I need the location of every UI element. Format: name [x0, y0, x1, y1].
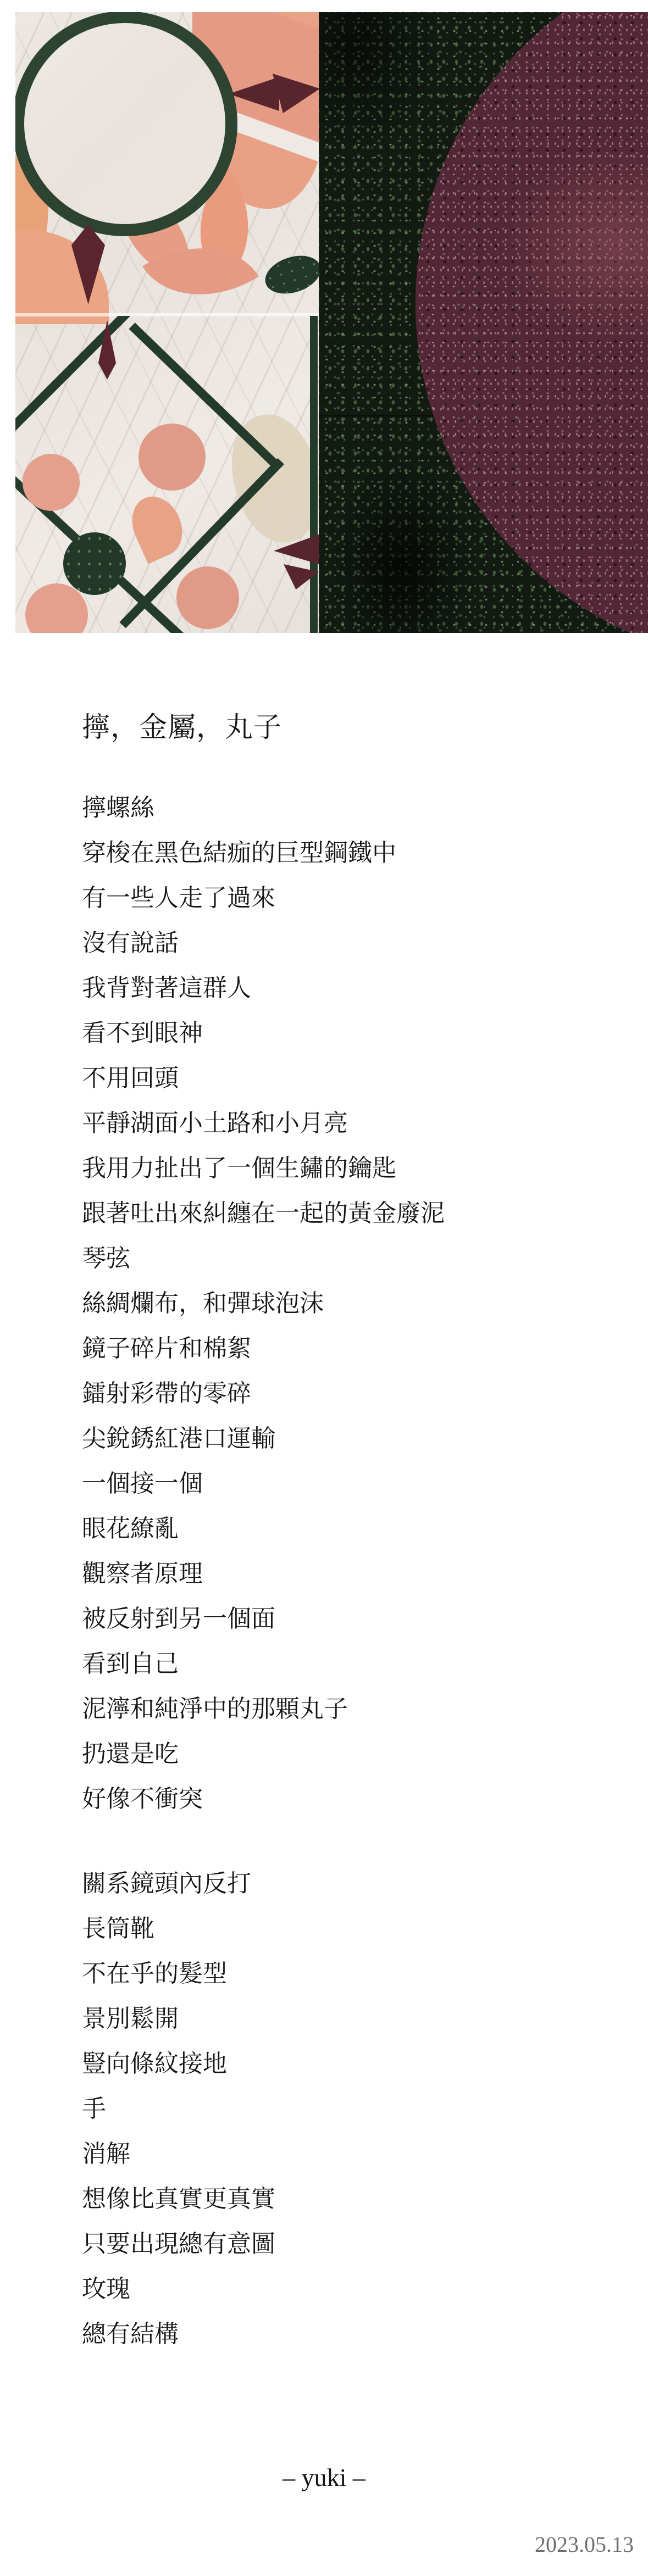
poem-line: 景別鬆開	[82, 1996, 275, 2041]
poem-line: 豎向條紋接地	[82, 2041, 275, 2087]
poem-line: 總有結構	[82, 2312, 275, 2357]
poem-line: 穿梭在黑色結痂的巨型鋼鐵中	[82, 831, 445, 876]
poem-line: 琴弦	[82, 1236, 445, 1281]
shadow-patch	[319, 12, 440, 155]
poem-line: 擰螺絲	[82, 786, 445, 831]
poem-line: 我背對著這群人	[82, 966, 445, 1011]
poem-line: 扔還是吃	[82, 1732, 445, 1777]
green-leaf-inlay	[261, 249, 319, 300]
poem-line: 一個接一個	[82, 1461, 445, 1506]
poem-line: 泥濘和純淨中的那顆丸子	[82, 1687, 445, 1732]
salmon-disc-inlay	[139, 424, 206, 491]
poem-line: 有一些人走了過來	[82, 876, 445, 921]
poem-stanza-1: 擰螺絲穿梭在黑色結痂的巨型鋼鐵中有一些人走了過來沒有說話我背對著這群人看不到眼神…	[82, 786, 445, 1822]
marble-inlay-photo	[15, 12, 648, 633]
poem-line: 不在乎的髮型	[82, 1951, 275, 1996]
poem-line: 消解	[82, 2132, 275, 2177]
green-serpentine-ring	[15, 12, 237, 236]
poem-line: 看到自己	[82, 1642, 445, 1687]
poem-line: 手	[82, 2087, 275, 2132]
lower-marble-tile	[15, 316, 319, 633]
poem-line: 絲綢爛布，和彈球泡沫	[82, 1281, 445, 1326]
poem-line: 長筒靴	[82, 1906, 275, 1951]
poem-line: 鐳射彩帶的零碎	[82, 1371, 445, 1416]
author-signature: – yuki –	[0, 2465, 648, 2490]
shadow-patch	[330, 463, 473, 633]
poem-line: 沒有說話	[82, 921, 445, 966]
green-disc-inlay	[63, 532, 126, 595]
poem-line: 玫瑰	[82, 2267, 275, 2312]
poem-line: 跟著吐出來糾纏在一起的黃金廢泥	[82, 1191, 445, 1236]
green-porphyry-panel	[319, 12, 648, 633]
poem-line: 眼花繚亂	[82, 1506, 445, 1551]
poem-title: 擰，金屬，丸子	[82, 714, 282, 742]
poem-line: 我用力扯出了一個生鏽的鑰匙	[82, 1146, 445, 1191]
salmon-disc-inlay	[23, 454, 80, 511]
salmon-disc-inlay	[176, 566, 239, 629]
post-date: 2023.05.13	[535, 2534, 634, 2556]
poem-line: 尖銳銹紅港口運輸	[82, 1416, 445, 1461]
salmon-teardrop-inlay	[123, 488, 191, 564]
green-band-inlay	[15, 316, 137, 433]
poem-line: 只要出現總有意圖	[82, 2222, 275, 2267]
poem-line: 鏡子碎片和棉絮	[82, 1326, 445, 1371]
poem-line: 想像比真實更真實	[82, 2177, 275, 2222]
pink-marble-panel	[15, 12, 319, 633]
poem-line: 被反射到另一個面	[82, 1596, 445, 1642]
poem-line: 平靜湖面小土路和小月亮	[82, 1101, 445, 1146]
poem-line: 觀察者原理	[82, 1551, 445, 1596]
poem-line: 看不到眼神	[82, 1011, 445, 1056]
poem-line: 不用回頭	[82, 1056, 445, 1101]
poem-line: 好像不衝突	[82, 1777, 445, 1822]
poem-line: 關系鏡頭內反打	[82, 1861, 275, 1906]
poem-stanza-2: 關系鏡頭內反打長筒靴不在乎的髮型景別鬆開豎向條紋接地手消解想像比真實更真實只要出…	[82, 1861, 275, 2357]
green-band-inlay	[310, 316, 318, 633]
